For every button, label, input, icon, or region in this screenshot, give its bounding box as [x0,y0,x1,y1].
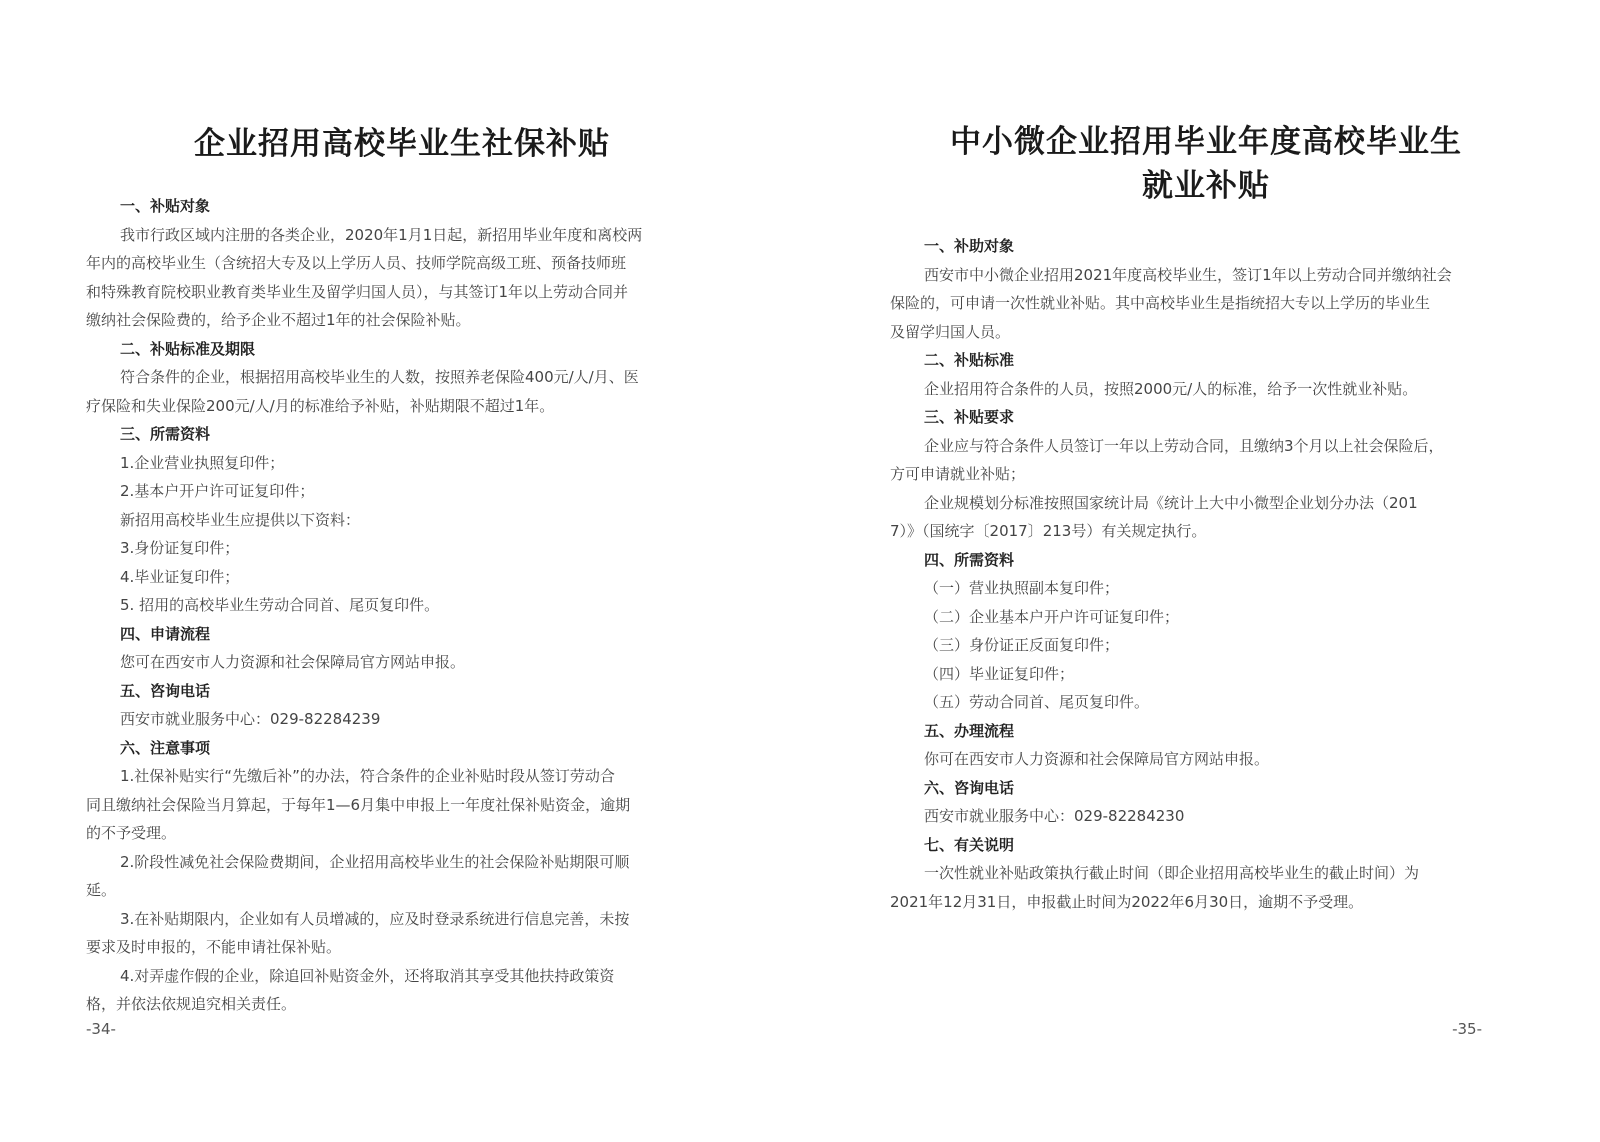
section-heading: 二、补贴标准 [890,346,1522,375]
section-heading: 一、补助对象 [890,232,1522,261]
body-line: 同且缴纳社会保险当月算起，于每年1—6月集中申报上一年度社保补贴资金，逾期 [86,791,718,820]
page-title: 中小微企业招用毕业年度高校毕业生 就业补贴 [890,120,1522,208]
page-number: -35- [1452,1020,1482,1038]
left-page-body: 一、补贴对象 我市行政区域内注册的各类企业，2020年1月1日起，新招用毕业年度… [86,192,718,1019]
body-line: 你可在西安市人力资源和社会保障局官方网站申报。 [890,745,1522,774]
body-line: 符合条件的企业，根据招用高校毕业生的人数，按照养老保险400元/人/月、医 [86,363,718,392]
contact-phone: 西安市就业服务中心：029-82284239 [86,705,718,734]
section-heading: 七、有关说明 [890,831,1522,860]
body-line: 要求及时申报的，不能申请社保补贴。 [86,933,718,962]
list-item: 新招用高校毕业生应提供以下资料： [86,506,718,535]
section-heading: 五、咨询电话 [86,677,718,706]
body-line: 企业应与符合条件人员签订一年以上劳动合同，且缴纳3个月以上社会保险后， [890,432,1522,461]
section-heading: 六、注意事项 [86,734,718,763]
body-line: 和特殊教育院校职业教育类毕业生及留学归国人员），与其签订1年以上劳动合同并 [86,278,718,307]
section-heading: 三、补贴要求 [890,403,1522,432]
list-item: （四）毕业证复印件； [890,660,1522,689]
body-line: 西安市中小微企业招用2021年度高校毕业生，签订1年以上劳动合同并缴纳社会 [890,261,1522,290]
right-page-body: 一、补助对象 西安市中小微企业招用2021年度高校毕业生，签订1年以上劳动合同并… [890,232,1522,916]
body-line: 方可申请就业补贴； [890,460,1522,489]
body-line: 4.对弄虚作假的企业，除追回补贴资金外，还将取消其享受其他扶持政策资 [86,962,718,991]
section-heading: 三、所需资料 [86,420,718,449]
page-title-line-2: 就业补贴 [890,164,1522,208]
section-heading: 五、办理流程 [890,717,1522,746]
body-line: 2.阶段性减免社会保险费期间，企业招用高校毕业生的社会保险补贴期限可顺 [86,848,718,877]
page-title-line-1: 中小微企业招用毕业年度高校毕业生 [890,120,1522,164]
body-line: 我市行政区域内注册的各类企业，2020年1月1日起，新招用毕业年度和离校两 [86,221,718,250]
list-item: （一）营业执照副本复印件； [890,574,1522,603]
list-item: 1.企业营业执照复印件； [86,449,718,478]
page-title: 企业招用高校毕业生社保补贴 [86,122,718,166]
section-heading: 四、所需资料 [890,546,1522,575]
body-line: 格，并依法依规追究相关责任。 [86,990,718,1019]
body-line: 及留学归国人员。 [890,318,1522,347]
body-line: 年内的高校毕业生（含统招大专及以上学历人员、技师学院高级工班、预备技师班 [86,249,718,278]
page-number: -34- [86,1020,116,1038]
body-line: 一次性就业补贴政策执行截止时间（即企业招用高校毕业生的截止时间）为 [890,859,1522,888]
list-item: （五）劳动合同首、尾页复印件。 [890,688,1522,717]
body-line: 延。 [86,876,718,905]
list-item: 2.基本户开户许可证复印件； [86,477,718,506]
body-line: 疗保险和失业保险200元/人/月的标准给予补贴，补贴期限不超过1年。 [86,392,718,421]
body-line: 的不予受理。 [86,819,718,848]
list-item: 5. 招用的高校毕业生劳动合同首、尾页复印件。 [86,591,718,620]
body-line: 7）》（国统字〔2017〕213号）有关规定执行。 [890,517,1522,546]
body-line: 企业招用符合条件的人员，按照2000元/人的标准，给予一次性就业补贴。 [890,375,1522,404]
body-line: 1.社保补贴实行“先缴后补”的办法，符合条件的企业补贴时段从签订劳动合 [86,762,718,791]
list-item: （二）企业基本户开户许可证复印件； [890,603,1522,632]
body-line: 保险的，可申请一次性就业补贴。其中高校毕业生是指统招大专以上学历的毕业生 [890,289,1522,318]
body-line: 企业规模划分标准按照国家统计局《统计上大中小微型企业划分办法（201 [890,489,1522,518]
body-line: 3.在补贴期限内，企业如有人员增减的，应及时登录系统进行信息完善，未按 [86,905,718,934]
list-item: 4.毕业证复印件； [86,563,718,592]
section-heading: 一、补贴对象 [86,192,718,221]
section-heading: 四、申请流程 [86,620,718,649]
section-heading: 二、补贴标准及期限 [86,335,718,364]
contact-phone: 西安市就业服务中心：029-82284230 [890,802,1522,831]
right-page: 中小微企业招用毕业年度高校毕业生 就业补贴 一、补助对象 西安市中小微企业招用2… [890,0,1522,1142]
left-page: 企业招用高校毕业生社保补贴 一、补贴对象 我市行政区域内注册的各类企业，2020… [86,0,718,1142]
body-line: 您可在西安市人力资源和社会保障局官方网站申报。 [86,648,718,677]
list-item: （三）身份证正反面复印件； [890,631,1522,660]
list-item: 3.身份证复印件； [86,534,718,563]
body-line: 2021年12月31日，申报截止时间为2022年6月30日，逾期不予受理。 [890,888,1522,917]
body-line: 缴纳社会保险费的，给予企业不超过1年的社会保险补贴。 [86,306,718,335]
section-heading: 六、咨询电话 [890,774,1522,803]
